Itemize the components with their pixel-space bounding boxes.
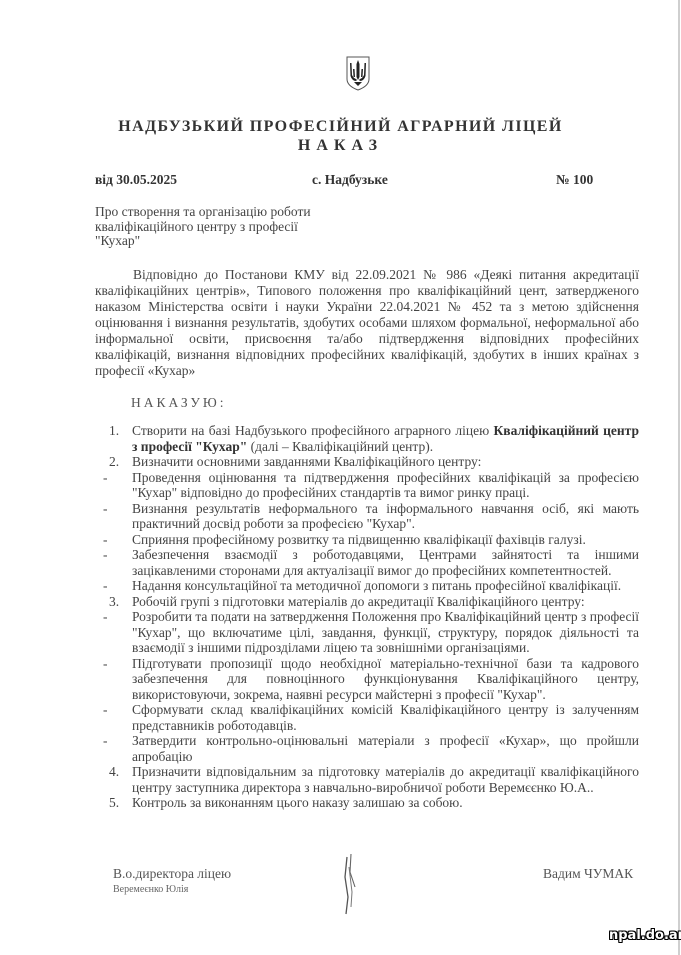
sub-item: -Надання консультаційної та методичної д… <box>95 578 639 594</box>
subject-line: Про створення та організацію роботи <box>95 205 395 220</box>
dash-bullet: - <box>103 578 108 594</box>
item-text: Створити на базі Надбузького професійног… <box>132 423 493 438</box>
dash-bullet: - <box>103 532 108 548</box>
order-place: с. Надбузьке <box>312 172 388 188</box>
order-item-1: 1. Створити на базі Надбузького професій… <box>95 423 639 454</box>
dash-bullet: - <box>103 733 108 749</box>
item-number: 1. <box>109 423 119 439</box>
order-item-2: 2. Визначити основними завданнями Кваліф… <box>95 454 639 470</box>
dash-bullet: - <box>103 609 108 625</box>
dash-bullet: - <box>103 470 108 486</box>
sub-item: -Проведення оцінювання та підтвердження … <box>95 470 639 501</box>
dash-bullet: - <box>103 702 108 718</box>
item-text: Робочій групі з підготовки матеріалів до… <box>132 594 585 609</box>
sub-item-text: Розробити та подати на затвердження Поло… <box>132 609 639 655</box>
order-word: НАКАЗУЮ: <box>131 395 227 411</box>
sub-item: -Визнання результатів неформального та і… <box>95 501 639 532</box>
item-number: 3. <box>109 594 119 610</box>
sub-item-text: Визнання результатів неформального та ін… <box>132 501 639 532</box>
signer-name: Вадим ЧУМАК <box>543 866 633 882</box>
order-item-5: 5. Контроль за виконанням цього наказу з… <box>95 795 639 811</box>
order-items-list: 1. Створити на базі Надбузького професій… <box>95 423 639 811</box>
item-text: Визначити основними завданнями Кваліфіка… <box>132 454 481 469</box>
sub-item-text: Підготувати пропозиції щодо необхідної м… <box>132 656 639 702</box>
subject-line: кваліфікаційного центру з професії <box>95 220 395 235</box>
item-number: 5. <box>109 795 119 811</box>
order-number: № 100 <box>556 172 593 188</box>
order-item-4: 4. Призначити відповідальним за підготов… <box>95 764 639 795</box>
order-date: від 30.05.2025 <box>95 172 177 188</box>
prepared-by: Веремеєнко Юлія <box>113 884 188 895</box>
sub-item-text: Затвердити контрольно-оцінювальні матері… <box>132 733 639 764</box>
sub-item: -Сформувати склад кваліфікаційних комісі… <box>95 702 639 733</box>
handwritten-signature-icon <box>335 852 365 922</box>
sub-item: -Забезпечення взаємодії з роботодавцями,… <box>95 547 639 578</box>
sub-item-text: Забезпечення взаємодії з роботодавцями, … <box>132 547 639 578</box>
sub-item: -Затвердити контрольно-оцінювальні матер… <box>95 733 639 764</box>
subject-line: "Кухар" <box>95 234 395 249</box>
sub-item: -Підготувати пропозиції щодо необхідної … <box>95 656 639 703</box>
dash-bullet: - <box>103 547 108 563</box>
order-subject: Про створення та організацію роботи квал… <box>95 205 395 249</box>
item-text: (далі – Кваліфікаційний центр). <box>247 439 433 454</box>
sub-item-text: Сприяння професійному розвитку та підвищ… <box>132 532 586 547</box>
item-number: 2. <box>109 454 119 470</box>
dash-bullet: - <box>103 656 108 672</box>
sub-item: -Розробити та подати на затвердження Пол… <box>95 609 639 656</box>
item-text: Призначити відповідальним за підготовку … <box>132 764 639 795</box>
sub-item: -Сприяння професійному розвитку та підви… <box>95 532 639 548</box>
order-item-3: 3. Робочій групі з підготовки матеріалів… <box>95 594 639 610</box>
sub-item-text: Сформувати склад кваліфікаційних комісій… <box>132 702 639 733</box>
preamble-paragraph: Відповідно до Постанови КМУ від 22.09.20… <box>95 267 639 379</box>
item-text: Контроль за виконанням цього наказу зали… <box>132 795 463 810</box>
sub-item-text: Надання консультаційної та методичної до… <box>132 578 621 593</box>
watermark: npal.do.am <box>609 928 681 943</box>
signer-position: В.о.директора ліцею <box>113 866 231 882</box>
trident-emblem-icon <box>345 55 371 91</box>
sub-item-text: Проведення оцінювання та підтвердження п… <box>132 470 639 501</box>
dash-bullet: - <box>103 501 108 517</box>
document-type: НАКАЗ <box>0 137 681 155</box>
item-number: 4. <box>109 764 119 780</box>
organization-name: НАДБУЗЬКИЙ ПРОФЕСІЙНИЙ АГРАРНИЙ ЛІЦЕЙ <box>0 118 681 136</box>
